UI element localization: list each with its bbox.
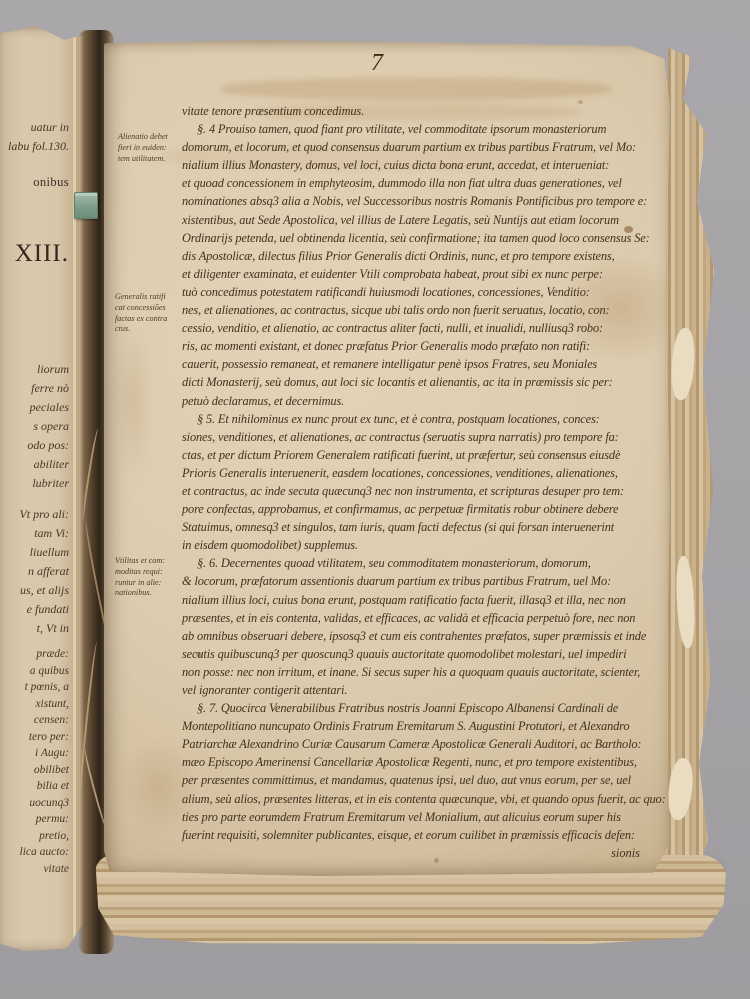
left-page-line: obilibet bbox=[4, 762, 69, 779]
left-page-line: vitate bbox=[4, 861, 69, 878]
text-line: et diligenter examinata, et euidenter Vt… bbox=[182, 265, 662, 283]
text-line: secutis quibuscunq3 per quoscunq3 quauis… bbox=[182, 645, 662, 663]
margin-note: Generalis ratificat concessiõesfactas ex… bbox=[115, 292, 177, 335]
text-line: & locorum, præfatorum assentionis duarum… bbox=[182, 572, 662, 590]
left-page-line: liuellum bbox=[4, 543, 69, 562]
main-page: 7 Alienatio debetfieri in euiden:tem uti… bbox=[104, 40, 670, 876]
paragraph: §. 6. Decernentes quoad vtilitatem, seu … bbox=[182, 554, 662, 699]
left-page-line: lica aucto: bbox=[4, 844, 69, 861]
left-page-line: bilia et bbox=[4, 778, 69, 795]
ink-show-through bbox=[220, 78, 612, 100]
left-page-line: pretio, bbox=[4, 828, 69, 845]
text-line: et quoad concessionem in emphyteosim, du… bbox=[182, 174, 662, 192]
text-line: ris, ac momenti existant, et donec præfa… bbox=[182, 337, 662, 355]
margin-note-line: cat concessiões bbox=[115, 303, 177, 314]
left-page-line: lubriter bbox=[4, 474, 69, 493]
text-line: ab omnibus obseruari debere, ipsosq3 et … bbox=[182, 627, 662, 645]
text-line: alium, seù alios, præsentes litteras, et… bbox=[182, 790, 662, 808]
paragraph: § 5. Et nihilominus ex nunc prout ex tun… bbox=[182, 410, 662, 555]
margin-note-line: runtur in alie: bbox=[115, 578, 177, 589]
margin-note-line: moditas requi: bbox=[115, 567, 177, 578]
left-page-line: ferre nò bbox=[4, 379, 69, 398]
text-line: vel ignoranter contigerit attentari. bbox=[182, 681, 662, 699]
text-line: nialium illius loci, cuius bona erunt, p… bbox=[182, 591, 662, 609]
margin-note-line: factas ex contra bbox=[115, 314, 177, 325]
left-page-line: tam Vi: bbox=[4, 524, 69, 543]
text-line: § 5. Et nihilominus ex nunc prout ex tun… bbox=[182, 410, 662, 428]
text-line: vitate tenore præsentium concedimus. bbox=[182, 102, 662, 120]
left-page-line: labu fol.130. bbox=[4, 137, 69, 156]
margin-note: Alienatio debetfieri in euiden:tem utili… bbox=[118, 132, 180, 164]
left-page-line bbox=[4, 192, 69, 234]
text-line: nes, et alienationes, ac contractus, sic… bbox=[182, 301, 662, 319]
text-line: in eisdem quomodolibet) supplemus. bbox=[182, 536, 662, 554]
text-line: mæo Episcopo Amerinensi Cancellariæ Apos… bbox=[182, 753, 662, 771]
folio-number: 7 bbox=[342, 50, 412, 77]
text-line: cessio, venditio, et alienatio, ac contr… bbox=[182, 319, 662, 337]
text-line: et contractus, ac inde secuta quæcunq3 n… bbox=[182, 482, 662, 500]
left-page-line: tero per: bbox=[4, 729, 69, 746]
left-page-line: n afferat bbox=[4, 562, 69, 581]
text-line: Montepolitiano nuncupato Ordinis Fratrum… bbox=[182, 717, 662, 735]
left-page-line: peciales bbox=[4, 398, 69, 417]
left-page-line: censen: bbox=[4, 712, 69, 729]
text-line: non posse: nec non irritum, et inane. Si… bbox=[182, 663, 662, 681]
left-page-line bbox=[4, 493, 69, 505]
text-line: siones, venditiones, et alienationes, ac… bbox=[182, 428, 662, 446]
text-line: ties pro parte eorumdem Fratrum Eremitar… bbox=[182, 808, 662, 826]
left-page-text: uatur inlabu fol.130.onibusXIII.liorumfe… bbox=[4, 118, 69, 877]
left-page-line: permu: bbox=[4, 811, 69, 828]
left-page-line: s opera bbox=[4, 417, 69, 436]
text-line: per præsentes committimus, et mandamus, … bbox=[182, 771, 662, 789]
text-line: domorum, et locorum, et quod consensus d… bbox=[182, 138, 662, 156]
stain bbox=[110, 315, 156, 485]
margin-note-line: Alienatio debet bbox=[118, 132, 180, 143]
paragraph: §. 4 Prouiso tamen, quod fiant pro vtili… bbox=[182, 120, 662, 410]
left-page-line bbox=[4, 638, 69, 646]
margin-note-line: nationibus. bbox=[115, 588, 177, 599]
text-line: tuò concedimus potestatem ratificandi hu… bbox=[182, 283, 662, 301]
photograph-background: { "colors":{ "background_gray":"#a5a3a6"… bbox=[0, 0, 750, 999]
margin-note-line: fieri in euiden: bbox=[118, 143, 180, 154]
catchword: sionis bbox=[182, 844, 662, 862]
paragraph: §. 7. Quocirca Venerabilibus Fratribus n… bbox=[182, 699, 662, 844]
text-line: dis Apostolicæ, dilectus filius Prior Ge… bbox=[182, 247, 662, 265]
text-line: dicti Monasterij, seù domus, aut loci si… bbox=[182, 373, 662, 391]
margin-note-line: tem utilitatem. bbox=[118, 154, 180, 165]
text-line: §. 6. Decernentes quoad vtilitatem, seu … bbox=[182, 554, 662, 572]
left-page-line bbox=[4, 156, 69, 172]
left-page-line: præde: bbox=[4, 646, 69, 663]
left-page-line: liorum bbox=[4, 360, 69, 379]
margin-note-line: ctus. bbox=[115, 324, 177, 335]
left-page-fragment: uatur inlabu fol.130.onibusXIII.liorumfe… bbox=[0, 26, 86, 954]
left-page-line: Vt pro ali: bbox=[4, 505, 69, 524]
left-page-line: xistunt, bbox=[4, 696, 69, 713]
paragraph-block: §. 4 Prouiso tamen, quod fiant pro vtili… bbox=[182, 120, 662, 844]
text-line: Ordinarijs petenda, uel obtinenda licent… bbox=[182, 229, 662, 247]
text-line: ctas, et per dictum Priorem Generalem ra… bbox=[182, 446, 662, 464]
text-line: nialium illius Monastery, domus, vel loc… bbox=[182, 156, 662, 174]
text-line: petuò declaramus, et decernimus. bbox=[182, 392, 662, 410]
left-page-line: t, Vt in bbox=[4, 619, 69, 638]
bookmark-tab bbox=[74, 192, 98, 219]
left-page-line: t pœnis, a bbox=[4, 679, 69, 696]
text-line: Patriarchæ Alexandrino Curiæ Causarum Ca… bbox=[182, 735, 662, 753]
left-page-line: uocunq3 bbox=[4, 795, 69, 812]
left-page-line: i Augu: bbox=[4, 745, 69, 762]
text-line: pore confectas, approbamus, et confirmam… bbox=[182, 500, 662, 518]
left-page-line: uatur in bbox=[4, 118, 69, 137]
margin-note-line: Generalis ratifi bbox=[115, 292, 177, 303]
text-line: cauerit, possessio remaneat, et remanere… bbox=[182, 355, 662, 373]
text-line: §. 7. Quocirca Venerabilibus Fratribus n… bbox=[182, 699, 662, 717]
text-line: Prioris Generalis interuenerit, easdem l… bbox=[182, 464, 662, 482]
left-page-line bbox=[4, 274, 69, 360]
margin-note: Vtilitas et com:moditas requi:runtur in … bbox=[115, 556, 177, 599]
text-line: §. 4 Prouiso tamen, quod fiant pro vtili… bbox=[182, 120, 662, 138]
manuscript-text: vitate tenore præsentium concedimus. §. … bbox=[182, 102, 662, 862]
text-line: xistentibus, aut Sede Apostolica, vel il… bbox=[182, 211, 662, 229]
text-line: fuerint requisiti, solemniter publicante… bbox=[182, 826, 662, 844]
left-page-line: odo pos: bbox=[4, 436, 69, 455]
margin-note-line: Vtilitas et com: bbox=[115, 556, 177, 567]
text-line: Statuimus, omnesq3 et singulos, tam iuri… bbox=[182, 518, 662, 536]
left-page-line: abiliter bbox=[4, 455, 69, 474]
left-page-line: us, et alijs bbox=[4, 581, 69, 600]
left-page-line: XIII. bbox=[4, 234, 69, 274]
text-line: nominationes absq3 alia a Nobis, vel Suc… bbox=[182, 192, 662, 210]
left-page-line: e fundati bbox=[4, 600, 69, 619]
text-line: præsentes, et in eis contenta, validas, … bbox=[182, 609, 662, 627]
left-page-line: a quibus bbox=[4, 663, 69, 680]
left-page-line: onibus bbox=[4, 172, 69, 192]
